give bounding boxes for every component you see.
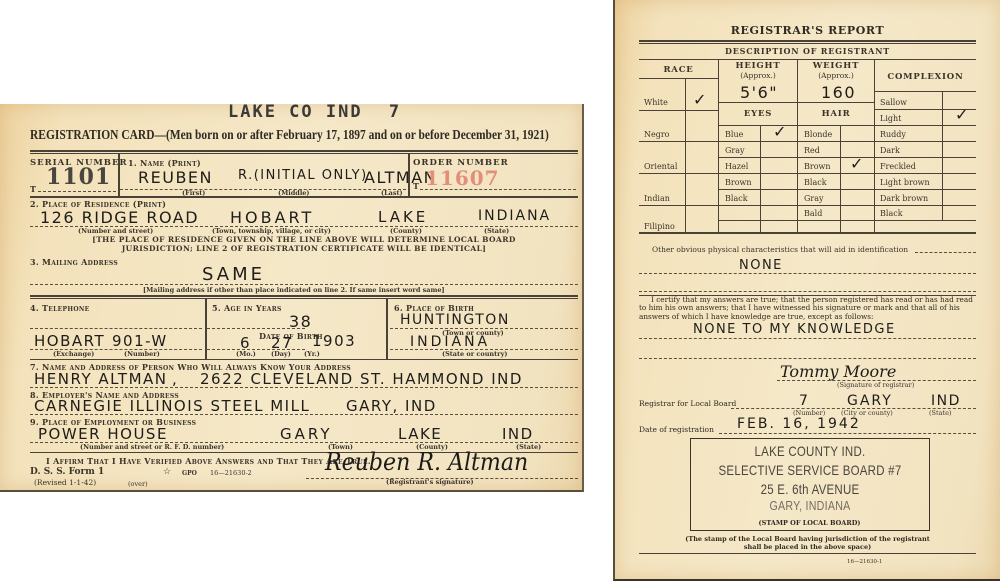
hair-brown[interactable]: Brown: [804, 162, 831, 171]
white-check-icon: ✓: [693, 90, 706, 109]
employment-town-value: GARY: [280, 425, 333, 443]
hair-blonde[interactable]: Blonde: [804, 130, 832, 139]
mailing-address-label: 3. Mailing Address: [30, 257, 118, 267]
complexion-light-brown[interactable]: Light brown: [880, 178, 930, 187]
complexion-dark[interactable]: Dark: [880, 146, 900, 155]
race-row-negro[interactable]: Negro: [644, 130, 670, 139]
registrars-report-card: REGISTRAR'S REPORT DESCRIPTION OF REGIST…: [613, 0, 1000, 581]
hair-gray[interactable]: Gray: [804, 194, 824, 203]
complexion-sallow[interactable]: Sallow: [880, 98, 907, 107]
age-label: 5. Age in Years: [212, 303, 282, 313]
form-revised: (Revised 1-1-42): [34, 478, 96, 487]
stamp-note: (The stamp of the Local Board having jur…: [639, 535, 976, 551]
order-number-value: 11607: [425, 166, 500, 190]
serial-number-value: 1101: [46, 164, 111, 190]
weight-value: 160: [821, 83, 856, 102]
telephone-number-value: 901-W: [112, 332, 168, 350]
local-board-number: 7: [799, 393, 809, 409]
telephone-exchange-value: HOBART: [34, 332, 105, 350]
complexion-light[interactable]: Light: [880, 114, 901, 123]
race-header: RACE: [639, 65, 718, 75]
residence-notice: [THE PLACE OF RESIDENCE GIVEN ON THE LIN…: [40, 235, 568, 253]
title-rule: [30, 150, 578, 152]
height-value: 5'6": [740, 83, 778, 102]
complexion-light-check-icon: ✓: [955, 105, 968, 124]
exceptions-value: NONE TO MY KNOWLEDGE: [693, 322, 896, 337]
hair-bald[interactable]: Bald: [804, 209, 822, 218]
contact-name-value: HENRY ALTMAN: [34, 370, 168, 388]
name-label: 1. Name (Print): [128, 158, 201, 168]
other-characteristics-label: Other obvious physical characteristics t…: [652, 245, 908, 254]
board-number-stamp: 7: [389, 102, 401, 122]
complexion-freckled[interactable]: Freckled: [880, 162, 916, 171]
county-stamp: LAKE CO IND 7: [228, 102, 401, 122]
eyes-brown[interactable]: Brown: [725, 178, 752, 187]
affirmation-text: I Affirm That I Have Verified Above Answ…: [46, 456, 371, 466]
eyes-blue-check-icon: ✓: [773, 122, 786, 141]
mailing-address-value: SAME: [202, 264, 265, 285]
residence-state-value: INDIANA: [478, 208, 551, 224]
eyes-blue[interactable]: Blue: [725, 130, 743, 139]
first-name-value: REUBEN: [138, 168, 213, 187]
registration-date-value: FEB. 16, 1942: [737, 416, 861, 432]
birth-state-value: INDIANA: [410, 334, 490, 350]
other-characteristics-value: NONE: [739, 258, 783, 273]
residence-street-value: 126 RIDGE ROAD: [40, 208, 199, 227]
race-row-oriental[interactable]: Oriental: [644, 162, 677, 171]
employment-county-value: LAKE: [398, 425, 442, 443]
card-title: REGISTRATION CARD—(Men born on or after …: [30, 128, 549, 144]
local-board-label: Registrar for Local Board: [639, 399, 736, 408]
contact-address-value: 2622 CLEVELAND ST. HAMMOND IND: [200, 370, 523, 388]
weight-header: WEIGHT (Approx.): [798, 62, 874, 80]
report-print-code: 16—21630-1: [847, 559, 882, 565]
height-header: HEIGHT (Approx.): [719, 62, 797, 80]
report-title: REGISTRAR'S REPORT: [615, 24, 1000, 37]
eyes-header: EYES: [719, 109, 797, 119]
complexion-header: COMPLEXION: [875, 72, 976, 82]
complexion-ruddy[interactable]: Ruddy: [880, 130, 906, 139]
registration-date-label: Date of registration: [639, 425, 714, 434]
eyes-black[interactable]: Black: [725, 194, 748, 203]
local-board-city: GARY: [847, 393, 893, 409]
employer-city-value: GARY, IND: [346, 397, 437, 415]
residence-town-value: HOBART: [230, 208, 314, 227]
hair-brown-check-icon: ✓: [850, 154, 863, 173]
race-row-filipino[interactable]: Filipino: [644, 222, 675, 231]
birth-year-value: 1903: [312, 332, 356, 350]
employment-place-value: POWER HOUSE: [38, 425, 168, 443]
description-subtitle: DESCRIPTION OF REGISTRANT: [615, 46, 1000, 56]
employer-name-value: CARNEGIE ILLINOIS STEEL MILL: [34, 397, 310, 415]
eyes-gray[interactable]: Gray: [725, 146, 745, 155]
registrant-signature: Reuben R. Altman: [325, 448, 528, 476]
form-id: D. S. S. Form 1: [30, 467, 104, 477]
eyes-hazel[interactable]: Hazel: [725, 162, 748, 171]
hair-red[interactable]: Red: [804, 146, 820, 155]
certify-text: I certify that my answers are true; that…: [639, 296, 979, 321]
race-row-indian[interactable]: Indian: [644, 194, 670, 203]
complexion-black[interactable]: Black: [880, 209, 903, 218]
star-icon: ☆: [163, 467, 171, 477]
telephone-label: 4. Telephone: [30, 303, 90, 313]
registrar-signature: Tommy Moore: [780, 362, 896, 381]
local-board-state: IND: [931, 393, 961, 409]
hair-black[interactable]: Black: [804, 178, 827, 187]
hair-header: HAIR: [798, 109, 874, 119]
birth-town-value: HUNTINGTON: [400, 312, 510, 328]
registration-card-front: LAKE CO IND 7 REGISTRATION CARD—(Men bor…: [0, 104, 584, 492]
print-code: 16—21630-2: [210, 469, 252, 477]
complexion-dark-brown[interactable]: Dark brown: [880, 194, 928, 203]
local-board-stamp: LAKE COUNTY IND. SELECTIVE SERVICE BOARD…: [690, 438, 930, 531]
residence-county-value: LAKE: [378, 208, 428, 226]
employment-state-value: IND: [502, 425, 534, 443]
middle-name-value: R.(INITIAL ONLY): [238, 168, 368, 183]
